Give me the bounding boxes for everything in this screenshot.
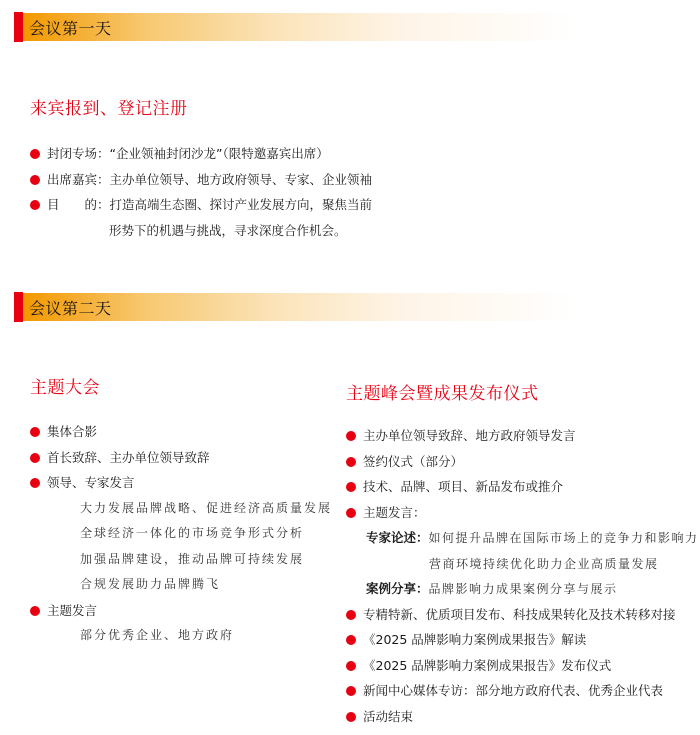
summit-heading: 主题峰会暨成果发布仪式 bbox=[346, 379, 539, 404]
bullet-dot-icon bbox=[346, 661, 356, 671]
expert-talk-continuation: 营商环境持续优化助力企业高质量发展 bbox=[346, 551, 699, 577]
sub-item: 加强品牌建设，推动品牌可持续发展 bbox=[30, 547, 332, 573]
bullet-dot-icon bbox=[30, 200, 40, 210]
bullet-dot-icon bbox=[30, 149, 40, 159]
list-item: 主题发言： bbox=[346, 500, 699, 526]
list-item: 出席嘉宾：主办单位领导、地方政府领导、专家、企业领袖 bbox=[30, 167, 372, 193]
list-item: 封闭专场：“企业领袖封闭沙龙”（限特邀嘉宾出席） bbox=[30, 141, 372, 167]
bullet-dot-icon bbox=[346, 635, 356, 645]
day-one-title: 会议第一天 bbox=[23, 16, 112, 39]
list-item: 专精特新、优质项目发布、科技成果转化及技术转移对接 bbox=[346, 602, 699, 628]
case-share-label: 案例分享： bbox=[366, 581, 429, 596]
day-two-title: 会议第二天 bbox=[23, 296, 112, 319]
list-item: 集体合影 bbox=[30, 419, 332, 445]
bullet-dot-icon bbox=[346, 482, 356, 492]
bullet-dot-icon bbox=[30, 606, 40, 616]
list-item: 《2025 品牌影响力案例成果报告》发布仪式 bbox=[346, 653, 699, 679]
list-item: 签约仪式（部分） bbox=[346, 449, 699, 475]
list-item: 主题发言 bbox=[30, 598, 332, 624]
sub-item: 合规发展助力品牌腾飞 bbox=[30, 572, 332, 598]
bullet-dot-icon bbox=[30, 478, 40, 488]
registration-heading: 来宾报到、登记注册 bbox=[30, 94, 188, 119]
expert-talk-label: 专家论述： bbox=[366, 530, 429, 545]
banner-accent-bar bbox=[14, 292, 23, 322]
bullet-dot-icon bbox=[30, 453, 40, 463]
list-item: 技术、品牌、项目、新品发布或推介 bbox=[346, 474, 699, 500]
case-share-item: 案例分享：品牌影响力成果案例分享与展示 bbox=[346, 576, 699, 602]
list-item: 领导、专家发言 bbox=[30, 470, 332, 496]
list-item: 《2025 品牌影响力案例成果报告》解读 bbox=[346, 627, 699, 653]
bullet-dot-icon bbox=[346, 712, 356, 722]
list-item: 主办单位领导致辞、地方政府领导发言 bbox=[346, 423, 699, 449]
bullet-dot-icon bbox=[30, 427, 40, 437]
day-one-banner: 会议第一天 bbox=[14, 12, 576, 42]
sub-item: 部分优秀企业、地方政府 bbox=[30, 623, 332, 649]
day-one-list: 封闭专场：“企业领袖封闭沙龙”（限特邀嘉宾出席） 出席嘉宾：主办单位领导、地方政… bbox=[30, 141, 372, 243]
list-item-continuation: 形势下的机遇与挑战，寻求深度合作机会。 bbox=[30, 218, 372, 244]
sub-item: 大力发展品牌战略、促进经济高质量发展 bbox=[30, 496, 332, 522]
plenary-list: 集体合影 首长致辞、主办单位领导致辞 领导、专家发言 大力发展品牌战略、促进经济… bbox=[30, 419, 332, 649]
list-item: 目 的：打造高端生态圈、探讨产业发展方向，聚焦当前 bbox=[30, 192, 372, 218]
day-two-banner: 会议第二天 bbox=[14, 292, 576, 322]
sub-item: 全球经济一体化的市场竞争形式分析 bbox=[30, 521, 332, 547]
bullet-dot-icon bbox=[346, 610, 356, 620]
banner-accent-bar bbox=[14, 12, 23, 42]
list-item: 活动结束 bbox=[346, 704, 699, 730]
bullet-dot-icon bbox=[346, 508, 356, 518]
list-item: 新闻中心媒体专访：部分地方政府代表、优秀企业代表 bbox=[346, 678, 699, 704]
bullet-dot-icon bbox=[346, 457, 356, 467]
list-item: 首长致辞、主办单位领导致辞 bbox=[30, 445, 332, 471]
bullet-dot-icon bbox=[346, 686, 356, 696]
expert-talk-item: 专家论述：如何提升品牌在国际市场上的竞争力和影响力 bbox=[346, 525, 699, 551]
banner-gradient: 会议第一天 bbox=[23, 13, 576, 41]
banner-gradient: 会议第二天 bbox=[23, 293, 576, 321]
bullet-dot-icon bbox=[30, 175, 40, 185]
summit-list: 主办单位领导致辞、地方政府领导发言 签约仪式（部分） 技术、品牌、项目、新品发布… bbox=[346, 423, 699, 729]
bullet-dot-icon bbox=[346, 431, 356, 441]
plenary-heading: 主题大会 bbox=[30, 373, 100, 398]
